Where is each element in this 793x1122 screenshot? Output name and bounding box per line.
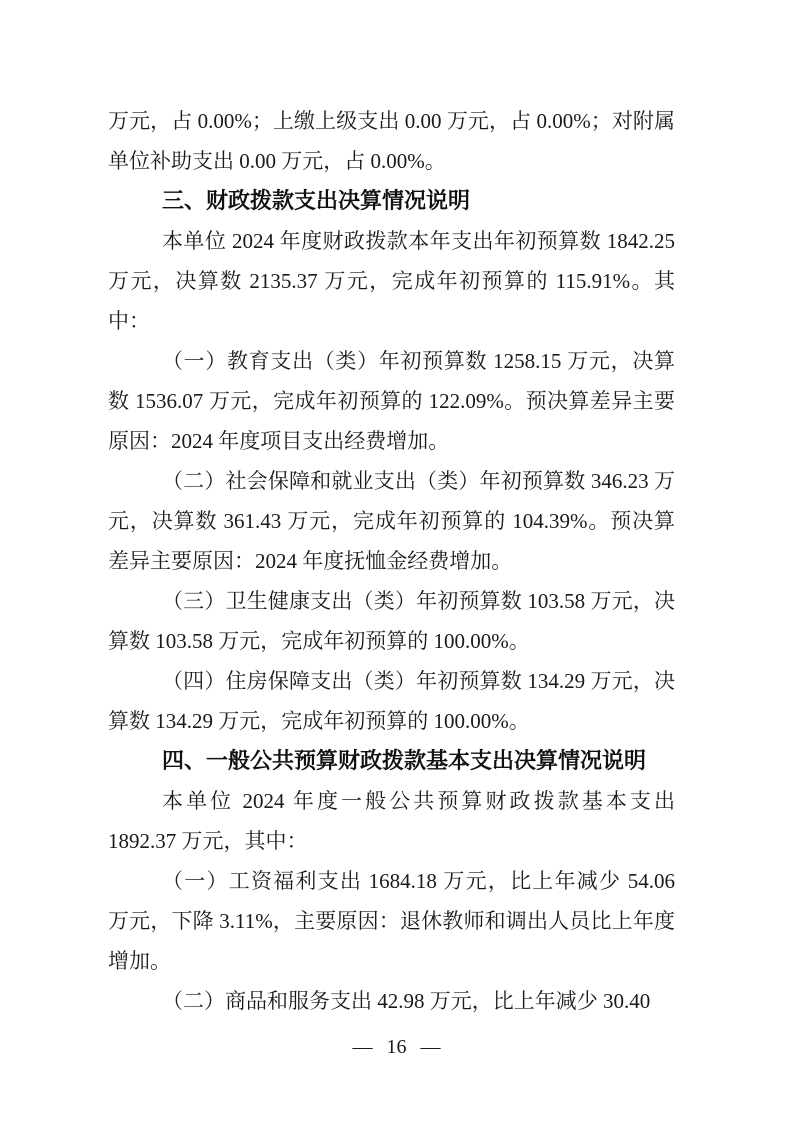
paragraph-social-security-expenditure: （二）社会保障和就业支出（类）年初预算数 346.23 万元，决算数 361.4… [108, 461, 675, 581]
section-heading-four: 四、一般公共预算财政拨款基本支出决算情况说明 [108, 741, 675, 781]
paragraph-education-expenditure: （一）教育支出（类）年初预算数 1258.15 万元，决算数 1536.07 万… [108, 341, 675, 461]
paragraph-goods-services-expenditure: （二）商品和服务支出 42.98 万元，比上年减少 30.40 [108, 981, 675, 1021]
page-number: 16 [387, 1032, 407, 1062]
section-heading-three: 三、财政拨款支出决算情况说明 [108, 181, 675, 221]
footer-left-dash: — [353, 1032, 373, 1062]
paragraph-continuation: 万元，占 0.00%；上缴上级支出 0.00 万元，占 0.00%；对附属单位补… [108, 101, 675, 181]
paragraph-salary-welfare-expenditure: （一）工资福利支出 1684.18 万元，比上年减少 54.06 万元，下降 3… [108, 861, 675, 981]
paragraph-health-expenditure: （三）卫生健康支出（类）年初预算数 103.58 万元，决算数 103.58 万… [108, 581, 675, 661]
footer-right-dash: — [421, 1032, 441, 1062]
paragraph-basic-expenditure-summary: 本单位 2024 年度一般公共预算财政拨款基本支出 1892.37 万元，其中： [108, 781, 675, 861]
document-page: 万元，占 0.00%；上缴上级支出 0.00 万元，占 0.00%；对附属单位补… [0, 0, 793, 1122]
paragraph-housing-expenditure: （四）住房保障支出（类）年初预算数 134.29 万元，决算数 134.29 万… [108, 661, 675, 741]
paragraph-fiscal-expenditure-summary: 本单位 2024 年度财政拨款本年支出年初预算数 1842.25 万元，决算数 … [108, 221, 675, 341]
page-content: 万元，占 0.00%；上缴上级支出 0.00 万元，占 0.00%；对附属单位补… [108, 101, 675, 1021]
page-footer: —16— [0, 1032, 793, 1062]
